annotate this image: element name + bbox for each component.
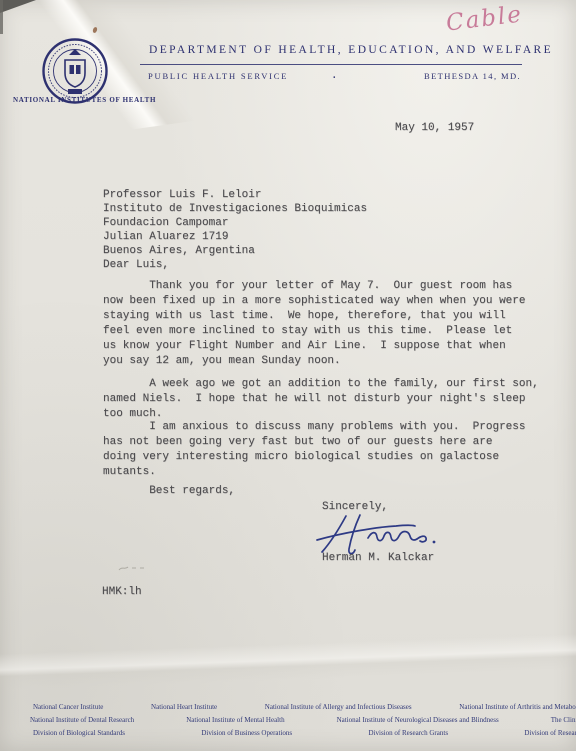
- footer-item: National Cancer Institute: [33, 703, 103, 711]
- signer-name: Herman M. Kalckar: [322, 551, 434, 566]
- service-name: PUBLIC HEALTH SERVICE: [148, 71, 288, 81]
- location-line: BETHESDA 14, MD.: [424, 71, 521, 81]
- footer-row-1: National Cancer Institute National Heart…: [0, 703, 576, 711]
- handwritten-cable-annotation: Cable: [445, 1, 525, 36]
- footer-row-2: National Institute of Dental Research Na…: [0, 716, 576, 724]
- closing-line: Best regards,: [103, 484, 235, 499]
- letter-page: NATIONAL INSTITUTES OF HEALTH DEPARTMENT…: [0, 0, 576, 751]
- footer-item: Division of Research Services: [524, 729, 576, 737]
- department-title: DEPARTMENT OF HEALTH, EDUCATION, AND WEL…: [149, 44, 553, 56]
- footer-item: National Institute of Neurological Disea…: [337, 716, 499, 724]
- footer-item: Division of Business Operations: [201, 729, 292, 737]
- salutation: Dear Luis,: [103, 258, 169, 273]
- footer-item: National Institute of Dental Research: [30, 716, 134, 724]
- agency-name: NATIONAL INSTITUTES OF HEALTH: [13, 96, 156, 104]
- date-line: May 10, 1957: [395, 121, 474, 136]
- paragraph-3: I am anxious to discuss many problems wi…: [103, 420, 525, 480]
- paragraph-2: A week ago we got an addition to the fam…: [103, 377, 539, 422]
- letterhead-dot: .: [333, 70, 336, 81]
- footer-item: The Clinical Center: [551, 716, 576, 724]
- letterhead-rule: [140, 64, 522, 65]
- footer-item: National Institute of Mental Health: [186, 716, 284, 724]
- footer-item: National Heart Institute: [151, 703, 217, 711]
- left-edge-shadow: [0, 0, 3, 34]
- recipient-address: Professor Luis F. Leloir Instituto de In…: [103, 188, 367, 258]
- reference-initials: HMK:lh: [102, 585, 142, 600]
- wrinkle-crease: [0, 630, 576, 690]
- footer-item: National Institute of Allergy and Infect…: [265, 703, 412, 711]
- hew-seal-icon: [41, 37, 109, 105]
- footer-row-3: Division of Biological Standards Divisio…: [0, 729, 576, 737]
- faint-pencil-mark: [118, 564, 150, 573]
- footer-item: Division of Biological Standards: [33, 729, 125, 737]
- footer-item: National Institute of Arthritis and Meta…: [459, 703, 576, 711]
- footer-item: Division of Research Grants: [369, 729, 449, 737]
- paragraph-1: Thank you for your letter of May 7. Our …: [103, 279, 525, 369]
